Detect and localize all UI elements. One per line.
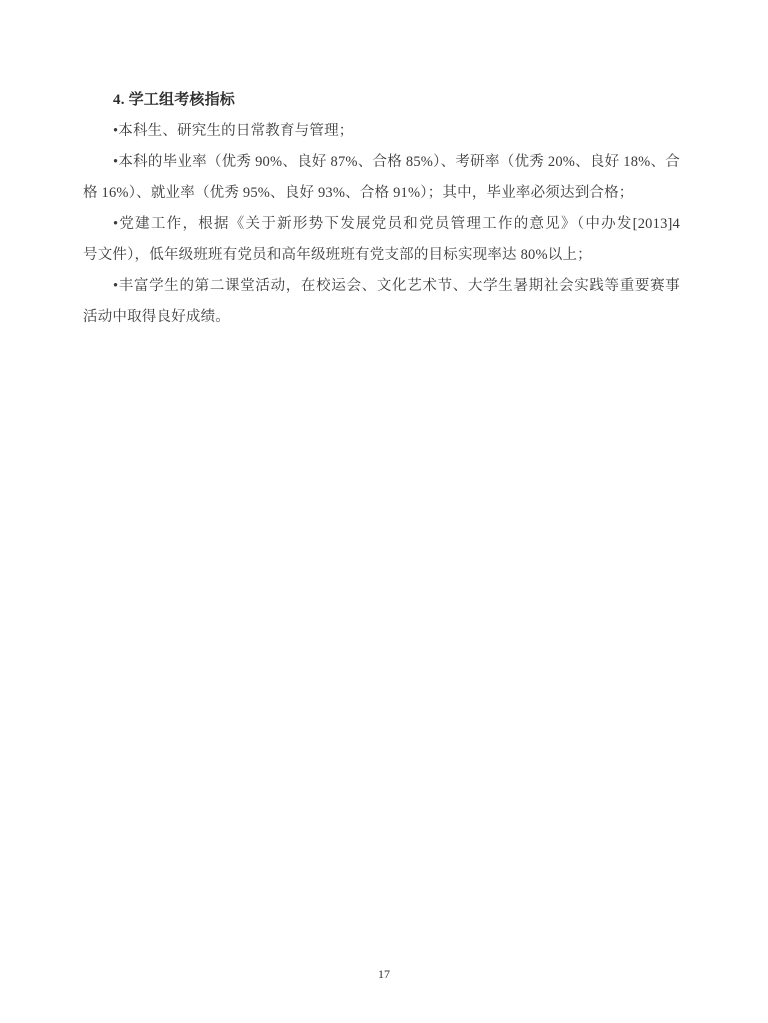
text-line: •丰富学生的第二课堂活动，在校运会、文化艺术节、大学生暑期社会实践等重要赛事 bbox=[83, 271, 680, 302]
paragraph: •党建工作，根据《关于新形势下发展党员和党员管理工作的意见》（中办发[2013]… bbox=[83, 209, 680, 271]
document-body: 4. 学工组考核指标 •本科生、研究生的日常教育与管理； •本科的毕业率（优秀 … bbox=[83, 85, 680, 333]
text-line: 格 16%）、就业率（优秀 95%、良好 93%、合格 91%）；其中，毕业率必… bbox=[83, 178, 680, 209]
text-line: •本科的毕业率（优秀 90%、良好 87%、合格 85%）、考研率（优秀 20%… bbox=[83, 147, 680, 178]
text-line: •党建工作，根据《关于新形势下发展党员和党员管理工作的意见》（中办发[2013]… bbox=[83, 209, 680, 240]
document-page: 4. 学工组考核指标 •本科生、研究生的日常教育与管理； •本科的毕业率（优秀 … bbox=[0, 0, 768, 1023]
text-line: •本科生、研究生的日常教育与管理； bbox=[83, 116, 680, 147]
section-heading: 4. 学工组考核指标 bbox=[83, 85, 680, 116]
text-line: 号文件），低年级班班有党员和高年级班班有党支部的目标实现率达 80%以上； bbox=[83, 240, 680, 271]
paragraph: •本科生、研究生的日常教育与管理； bbox=[83, 116, 680, 147]
page-number: 17 bbox=[0, 966, 768, 982]
paragraph: •丰富学生的第二课堂活动，在校运会、文化艺术节、大学生暑期社会实践等重要赛事 活… bbox=[83, 271, 680, 333]
paragraph: •本科的毕业率（优秀 90%、良好 87%、合格 85%）、考研率（优秀 20%… bbox=[83, 147, 680, 209]
text-line: 活动中取得良好成绩。 bbox=[83, 302, 680, 333]
